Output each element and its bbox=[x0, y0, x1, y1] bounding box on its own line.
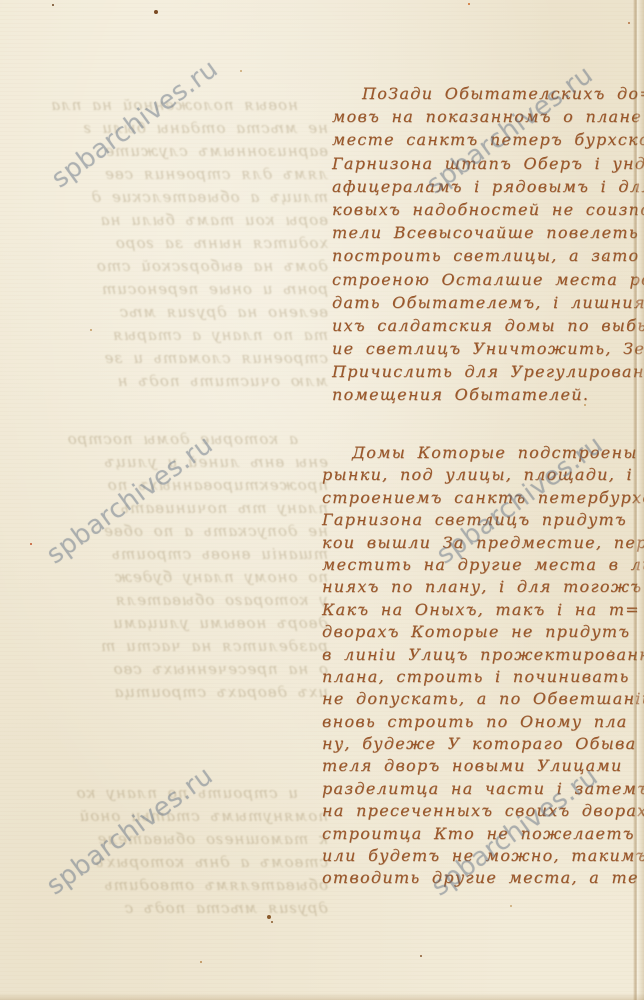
manuscript-line: в линіи Улицъ прожектированной bbox=[322, 644, 644, 666]
manuscript-line: ну, будеже У котораго Обыва bbox=[322, 733, 644, 755]
manuscript-line: рынки, под улицы, площади, i под bbox=[322, 464, 644, 486]
manuscript-line: дать Обытателемъ, i лишния жъ bbox=[332, 291, 644, 314]
manuscript-line: плана, строить i починивать bbox=[322, 666, 644, 688]
manuscript-line: афицераламъ i рядовымъ i для пол= bbox=[332, 175, 644, 198]
manuscript-line: не допускать, а по Обветшаніи bbox=[322, 688, 644, 710]
manuscript-line: Домы Которые подстроены bbox=[322, 442, 644, 464]
manuscript-line: кои вышли За предместие, пере bbox=[322, 532, 644, 554]
manuscript-line: вновь строить по Оному пла bbox=[322, 711, 644, 733]
manuscript-line: строитца Кто не пожелаетъ bbox=[322, 823, 644, 845]
manuscript-line: на пресеченныхъ своихъ дворахъ bbox=[322, 800, 644, 822]
manuscript-line: Гарнизона штапъ Оберъ i ундеръ bbox=[332, 152, 644, 175]
manuscript-line: местить на другие места в ли bbox=[322, 554, 644, 576]
manuscript-line: мовъ на показанномъ о плане bbox=[332, 105, 644, 128]
manuscript-line: разделитца на части i затемъ bbox=[322, 778, 644, 800]
manuscript-line: строеною Осталшие места роз bbox=[332, 268, 644, 291]
manuscript-line: Причислить для Урегулирования bbox=[332, 360, 644, 383]
manuscript-line: ковыхъ надобностей не соизполни bbox=[332, 198, 644, 221]
manuscript-line: нияхъ по плану, i для тогожъ bbox=[322, 576, 644, 598]
manuscript-line: ихъ салдатския домы по выбытои bbox=[332, 314, 644, 337]
manuscript-line: дворахъ Которые не придутъ bbox=[322, 621, 644, 643]
manuscript-text: ПоЗади Обытателскихъ до=мовъ на показанн… bbox=[0, 0, 644, 1000]
manuscript-line: тели Всевысочайше повелеть bbox=[332, 221, 644, 244]
manuscript-line: месте санктъ петеръ бурхского bbox=[332, 128, 644, 151]
manuscript-page: новыя положенной на плане мѣста отданы б… bbox=[0, 0, 644, 1000]
page-bottom-edge bbox=[0, 993, 644, 1000]
manuscript-line: ПоЗади Обытателскихъ до= bbox=[332, 82, 644, 105]
manuscript-paragraph-2: Домы Которые подстроенырынки, под улицы,… bbox=[322, 442, 644, 890]
page-right-edge bbox=[637, 0, 644, 1000]
manuscript-line: отводить другие места, а те bbox=[322, 867, 644, 889]
manuscript-line: теля дворъ новыми Улицами bbox=[322, 755, 644, 777]
manuscript-line: или будетъ не можно, такимъ bbox=[322, 845, 644, 867]
manuscript-line: ие светлицъ Уничтожить, Земь bbox=[332, 337, 644, 360]
manuscript-line: Какъ на Оныхъ, такъ i на т= bbox=[322, 599, 644, 621]
manuscript-line: помещения Обытателей. bbox=[332, 383, 644, 406]
manuscript-line: строениемъ санктъ петербурхского bbox=[322, 487, 644, 509]
manuscript-line: Гарнизона светлицъ придутъ bbox=[322, 509, 644, 531]
foxing-spots bbox=[0, 0, 2, 2]
manuscript-paragraph-1: ПоЗади Обытателскихъ до=мовъ на показанн… bbox=[332, 82, 644, 407]
manuscript-line: построить светлицы, а зато bbox=[332, 244, 644, 267]
